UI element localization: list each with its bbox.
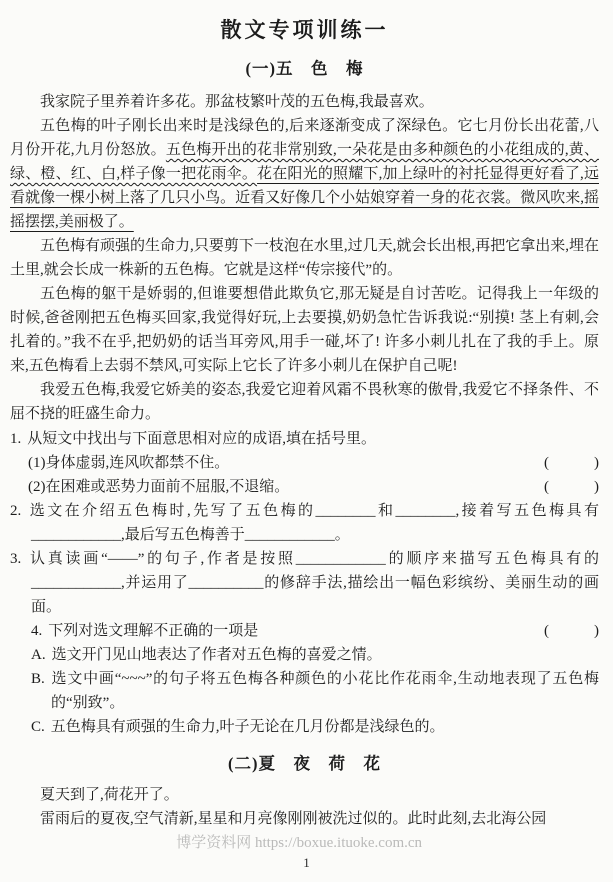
option-c-text: 五色梅具有顽强的生命力,叶子无论在几月份都是浅绿色的。 bbox=[51, 719, 445, 735]
question-3: 3.认真读画“——”的句子,作者是按照____________的顺序来描写五色梅… bbox=[10, 547, 599, 619]
option-a-label: A. bbox=[31, 647, 46, 663]
question-4-option-b: B.选文中画“~~~”的句子将五色梅各种颜色的小花比作花雨伞,生动地表现了五色梅… bbox=[31, 667, 599, 715]
question-1-item-1: (1)身体虚弱,连风吹都禁不住。 ( ) bbox=[28, 451, 599, 475]
passage1-paragraph-3: 五色梅有顽强的生命力,只要剪下一枝泡在水里,过几天,就会长出根,再把它拿出来,埋… bbox=[10, 234, 599, 282]
question-list: 1.从短文中找出与下面意思相对应的成语,填在括号里。 (1)身体虚弱,连风吹都禁… bbox=[10, 427, 599, 739]
passage1-paragraph-5: 我爱五色梅,我爱它娇美的姿态,我爱它迎着风霜不畏秋寒的傲骨,我爱它不择条件、不屈… bbox=[10, 378, 599, 426]
page-number: 1 bbox=[0, 851, 613, 875]
section1-heading: (一)五 色 梅 bbox=[10, 58, 599, 80]
question-1-number: 1. bbox=[10, 431, 21, 447]
passage-five-color-plum: 我家院子里养着许多花。那盆枝繁叶茂的五色梅,我最喜欢。 五色梅的叶子刚长出来时是… bbox=[10, 90, 599, 426]
question-1-item-2-text: (2)在困难或恶势力面前不屈服,不退缩。 bbox=[28, 475, 289, 499]
question-4-number: 4. bbox=[31, 623, 42, 639]
passage1-paragraph-1: 我家院子里养着许多花。那盆枝繁叶茂的五色梅,我最喜欢。 bbox=[10, 90, 599, 114]
option-a-text: 选文开门见山地表达了作者对五色梅的喜爱之情。 bbox=[52, 647, 382, 663]
question-4: 4.下列对选文理解不正确的一项是 ( ) bbox=[10, 619, 599, 643]
passage-summer-night-lotus: 夏天到了,荷花开了。 雷雨后的夏夜,空气清新,星星和月亮像刚刚被洗过似的。此时此… bbox=[10, 783, 599, 831]
question-1-stem: 从短文中找出与下面意思相对应的成语,填在括号里。 bbox=[27, 431, 376, 447]
question-4-answer-bracket: ( ) bbox=[565, 619, 599, 643]
question-4-option-c: C.五色梅具有顽强的生命力,叶子无论在几月份都是浅绿色的。 bbox=[31, 715, 599, 739]
passage2-paragraph-2: 雷雨后的夏夜,空气清新,星星和月亮像刚刚被洗过似的。此时此刻,去北海公园 bbox=[10, 807, 599, 831]
question-1-item-1-text: (1)身体虚弱,连风吹都禁不住。 bbox=[28, 451, 229, 475]
question-4-stem: 下列对选文理解不正确的一项是 bbox=[48, 623, 258, 639]
section2-heading: (二)夏 夜 荷 花 bbox=[10, 753, 599, 775]
page-title: 散文专项训练一 bbox=[10, 16, 599, 44]
option-b-label: B. bbox=[31, 671, 45, 687]
question-2: 2.选文在介绍五色梅时,先写了五色梅的________和________,接着写… bbox=[10, 499, 599, 547]
question-4-main: 4.下列对选文理解不正确的一项是 bbox=[31, 619, 258, 643]
question-1-item-1-answer-bracket: ( ) bbox=[544, 451, 599, 475]
worksheet-page: 散文专项训练一 (一)五 色 梅 我家院子里养着许多花。那盆枝繁叶茂的五色梅,我… bbox=[0, 0, 613, 882]
question-2-stem: 选文在介绍五色梅时,先写了五色梅的________和________,接着写五色… bbox=[27, 503, 599, 543]
option-b-text: 选文中画“~~~”的句子将五色梅各种颜色的小花比作花雨伞,生动地表现了五色梅的“… bbox=[51, 671, 599, 711]
question-1-item-2: (2)在困难或恶势力面前不屈服,不退缩。 ( ) bbox=[28, 475, 599, 499]
passage1-paragraph-4: 五色梅的躯干是娇弱的,但谁要想借此欺负它,那无疑是自讨苦吃。记得我上一年级的时候… bbox=[10, 282, 599, 378]
passage1-paragraph-2: 五色梅的叶子刚长出来时是浅绿色的,后来逐渐变成了深绿色。它七月份长出花蕾,八月份… bbox=[10, 114, 599, 234]
question-2-number: 2. bbox=[10, 503, 21, 519]
question-3-stem: 认真读画“——”的句子,作者是按照____________的顺序来描写五色梅具有… bbox=[27, 551, 599, 615]
question-4-option-a: A.选文开门见山地表达了作者对五色梅的喜爱之情。 bbox=[31, 643, 599, 667]
question-1-item-2-answer-bracket: ( ) bbox=[544, 475, 599, 499]
passage2-paragraph-1: 夏天到了,荷花开了。 bbox=[10, 783, 599, 807]
option-c-label: C. bbox=[31, 719, 45, 735]
question-3-number: 3. bbox=[10, 551, 21, 567]
question-1: 1.从短文中找出与下面意思相对应的成语,填在括号里。 bbox=[10, 427, 599, 451]
